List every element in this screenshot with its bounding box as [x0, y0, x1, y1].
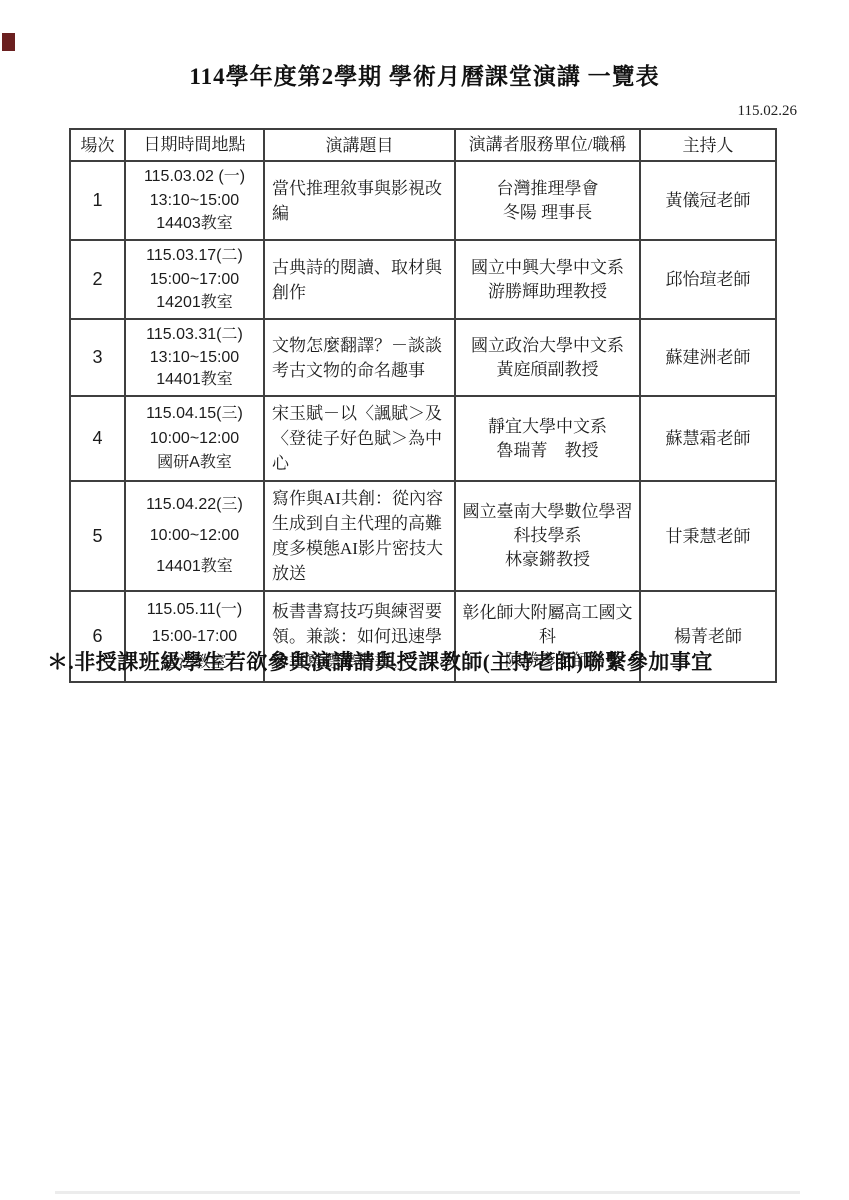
- host-name: 黃儀冠老師: [639, 162, 775, 239]
- page-title: 114學年度第2學期 學術月曆課堂演講 一覽表: [0, 58, 849, 91]
- lecture-schedule-table: 場次 日期時間地點 演講題目 演講者服務單位/職稱 主持人 1 115.03.0…: [69, 128, 777, 683]
- host-name: 蘇建洲老師: [639, 320, 775, 395]
- room-text: 國研A教室: [157, 453, 232, 473]
- lecture-topic: 文物怎麼翻譯？－談談考古文物的命名趣事: [263, 320, 454, 395]
- table-row: 4 115.04.15(三) 10:00~12:00 國研A教室 宋玉賦－以〈諷…: [71, 395, 775, 480]
- header-speaker-unit: 演講者服務單位/職稱: [454, 130, 639, 160]
- time-text: 13:10~15:00: [150, 191, 239, 211]
- speaker-affiliation: 國立政治大學中文系: [471, 334, 624, 358]
- room-text: 14401教室: [156, 557, 233, 577]
- date-text: 115.03.31(二): [146, 325, 243, 345]
- date-text: 115.04.15(三): [146, 404, 243, 424]
- header-topic: 演講題目: [263, 130, 454, 160]
- table-row: 1 115.03.02 (一) 13:10~15:00 14403教室 當代推理…: [71, 160, 775, 239]
- date-text: 115.04.22(三): [146, 495, 243, 515]
- date-time-room: 115.03.02 (一) 13:10~15:00 14403教室: [124, 162, 263, 239]
- host-name: 甘秉慧老師: [639, 482, 775, 590]
- speaker-affiliation: 國立臺南大學數位學習科技學系: [460, 500, 635, 548]
- speaker-name: 游勝輝助理教授: [488, 280, 607, 304]
- date-time-room: 115.04.15(三) 10:00~12:00 國研A教室: [124, 397, 263, 480]
- speaker-affiliation: 靜宜大學中文系: [488, 415, 607, 439]
- lecture-topic: 宋玉賦－以〈諷賦＞及〈登徒子好色賦＞為中心: [263, 397, 454, 480]
- speaker-affiliation: 台灣推理學會: [497, 177, 599, 201]
- header-session: 場次: [71, 130, 124, 160]
- room-text: 14201教室: [156, 293, 233, 313]
- date-text: 115.03.02 (一): [144, 167, 245, 187]
- date-text: 115.05.11(一): [147, 600, 242, 620]
- time-text: 10:00~12:00: [150, 429, 239, 449]
- speaker-info: 國立中興大學中文系 游勝輝助理教授: [454, 241, 639, 318]
- header-host: 主持人: [639, 130, 775, 160]
- date-time-room: 115.03.17(二) 15:00~17:00 14201教室: [124, 241, 263, 318]
- session-number: 5: [71, 482, 124, 590]
- lecture-topic: 古典詩的閱讀、取材與創作: [263, 241, 454, 318]
- document-page: 114學年度第2學期 學術月曆課堂演講 一覽表 115.02.26 場次 日期時…: [0, 0, 849, 1200]
- speaker-name: 黃庭頎副教授: [497, 358, 599, 382]
- document-date: 115.02.26: [738, 103, 797, 120]
- speaker-name: 冬陽 理事長: [503, 201, 592, 225]
- host-name: 邱怡瑄老師: [639, 241, 775, 318]
- session-number: 2: [71, 241, 124, 318]
- session-number: 1: [71, 162, 124, 239]
- speaker-info: 國立臺南大學數位學習科技學系 林豪鏘教授: [454, 482, 639, 590]
- room-text: 14401教室: [156, 370, 233, 390]
- table-header-row: 場次 日期時間地點 演講題目 演講者服務單位/職稱 主持人: [71, 130, 775, 160]
- speaker-info: 靜宜大學中文系 魯瑞菁 教授: [454, 397, 639, 480]
- corner-mark: [2, 33, 15, 51]
- time-text: 15:00~17:00: [150, 270, 239, 290]
- room-text: 14403教室: [156, 214, 233, 234]
- session-number: 4: [71, 397, 124, 480]
- speaker-affiliation: 彰化師大附屬高工國文科: [460, 601, 635, 649]
- footnote-text: ＊.非授課班級學生若欲參與演講請與授課教師(主持老師)聯繫參加事宜: [47, 646, 713, 676]
- time-text: 10:00~12:00: [150, 526, 239, 546]
- lecture-topic: 當代推理敘事與影視改編: [263, 162, 454, 239]
- date-time-room: 115.03.31(二) 13:10~15:00 14401教室: [124, 320, 263, 395]
- speaker-name: 林豪鏘教授: [505, 548, 590, 572]
- header-date-time-place: 日期時間地點: [124, 130, 263, 160]
- table-row: 3 115.03.31(二) 13:10~15:00 14401教室 文物怎麼翻…: [71, 318, 775, 395]
- date-text: 115.03.17(二): [146, 246, 243, 266]
- speaker-info: 台灣推理學會 冬陽 理事長: [454, 162, 639, 239]
- time-text: 15:00-17:00: [152, 627, 237, 647]
- host-name: 蘇慧霜老師: [639, 397, 775, 480]
- table-row: 2 115.03.17(二) 15:00~17:00 14201教室 古典詩的閱…: [71, 239, 775, 318]
- session-number: 3: [71, 320, 124, 395]
- table-row: 5 115.04.22(三) 10:00~12:00 14401教室 寫作與AI…: [71, 480, 775, 590]
- lecture-topic: 寫作與AI共創：從內容生成到自主代理的高難度多模態AI影片密技大放送: [263, 482, 454, 590]
- time-text: 13:10~15:00: [150, 348, 239, 368]
- speaker-name: 魯瑞菁 教授: [497, 439, 599, 463]
- speaker-info: 國立政治大學中文系 黃庭頎副教授: [454, 320, 639, 395]
- speaker-affiliation: 國立中興大學中文系: [471, 256, 624, 280]
- date-time-room: 115.04.22(三) 10:00~12:00 14401教室: [124, 482, 263, 590]
- scan-artifact-line: [55, 1191, 800, 1194]
